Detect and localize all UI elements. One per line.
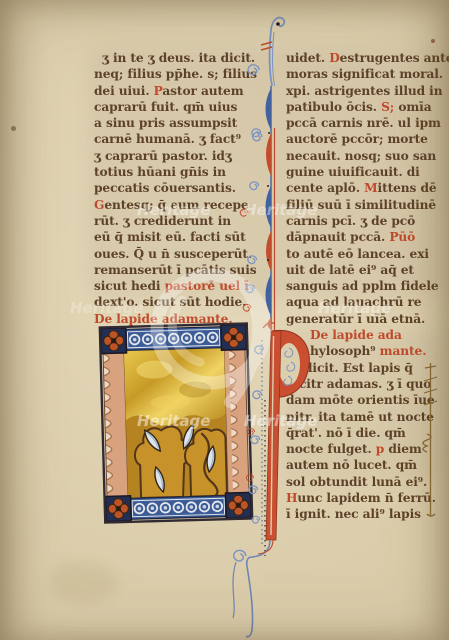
- text-line: De lapide ada: [286, 327, 442, 343]
- body-text: ʒ in te ʒ deus. ita dicit.: [102, 51, 255, 65]
- text-line: dext'o. sicut sūt hodie.: [94, 294, 242, 310]
- text-line: sol obtundit lunā ei⁹.: [286, 474, 442, 490]
- body-text: ī ignit. nec ali⁹ lapis: [286, 507, 421, 521]
- parchment-spot: [11, 126, 16, 131]
- rubric-text: p: [376, 442, 384, 456]
- miniature-art: [98, 322, 253, 524]
- text-line: totius hūani gn̄is in: [94, 164, 242, 180]
- body-text: entesq; q̄ eum recepe: [104, 198, 248, 212]
- body-text: sicut hedi: [94, 279, 165, 293]
- text-line: patibulo ōcis. S; omīa: [286, 99, 442, 115]
- body-text: filiū suū ī similitudinē: [286, 198, 436, 212]
- text-line: peccatis cōuersantis.: [94, 180, 242, 196]
- text-line: moras significat moral.: [286, 66, 442, 82]
- body-text: cente aplō.: [286, 181, 364, 195]
- penwork-bottom-flourish: [233, 540, 273, 637]
- body-text: dext'o. sicut sūt hodie.: [94, 295, 246, 309]
- body-text: ʒ caprarū pastor. idʒ: [94, 149, 232, 163]
- body-text: dam mōte orientis īue: [286, 393, 435, 407]
- text-line: aqua ad lauachrū re: [286, 294, 442, 310]
- text-line: sicut hedi pastorē uel ī: [94, 278, 242, 294]
- body-text: caprarū fuit. qm̄ uius: [94, 100, 237, 114]
- body-text: carnē humanā. ʒ fact⁹: [94, 132, 241, 146]
- rubric-text: mante.: [380, 344, 427, 358]
- body-text: nocte fulget.: [286, 442, 376, 456]
- body-text: rūt. ʒ crediderunt in: [94, 214, 231, 228]
- miniature-of-adamant-stone: [98, 322, 253, 524]
- text-line: hylosoph⁹ mante.: [286, 343, 442, 359]
- text-line: dicit. Est lapis q̄: [286, 360, 442, 376]
- corner-quatrefoil: [101, 328, 127, 354]
- body-text: unc lapidem n̄ ferrū.: [297, 491, 436, 505]
- text-line: autem nō lucet. qm̄: [286, 457, 442, 473]
- text-line: xpi. astrigentes illud in: [286, 83, 442, 99]
- rubric-text: De lapide ada: [310, 328, 402, 342]
- text-line: eū q̄ misit eū. facti sūt: [94, 229, 242, 245]
- miniature-left-border: [103, 350, 128, 499]
- text-line: q̄rat'. nō ī die. qm̄: [286, 425, 442, 441]
- miniature-top-border: [125, 327, 222, 351]
- body-text: pccā carnis nrē. ul ipm: [286, 116, 441, 130]
- body-text: ittens dē: [378, 181, 437, 195]
- text-line: sanguis ad pplm fidele: [286, 278, 442, 294]
- body-text: sol obtundit lunā ei⁹.: [286, 475, 427, 489]
- text-line: pccā carnis nrē. ul ipm: [286, 115, 442, 131]
- body-text: hylosoph⁹: [310, 344, 380, 358]
- miniature-bottom-border: [130, 496, 227, 520]
- text-line: cente aplō. Mittens dē: [286, 180, 442, 196]
- text-line: filiū suū ī similitudinē: [286, 197, 442, 213]
- body-text: to autē eō lancea. exi: [286, 247, 429, 261]
- body-text: eū q̄ misit eū. facti sūt: [94, 230, 246, 244]
- text-line: dāpnauit pccā. Pūō: [286, 229, 442, 245]
- body-text: dicitr adamas. ʒ ī quo: [286, 377, 431, 391]
- rubric-text: H: [286, 491, 297, 505]
- body-text: q̄rat'. nō ī die. qm̄: [286, 426, 406, 440]
- text-line: carnis pcī. ʒ de pcō: [286, 213, 442, 229]
- text-line: ʒ in te ʒ deus. ita dicit.: [94, 50, 242, 66]
- body-text: sanguis ad pplm fidele: [286, 279, 439, 293]
- text-line: uit de latē ei⁹ aq̄ et: [286, 262, 442, 278]
- parchment-stain: [48, 560, 118, 604]
- text-line: carnē humanā. ʒ fact⁹: [94, 131, 242, 147]
- manuscript-photo: ʒ in te ʒ deus. ita dicit.neq; filius pp…: [0, 0, 449, 640]
- text-line: oues. Q̄ u n̄ susceperūt.: [94, 246, 242, 262]
- body-text: uit de latē ei⁹ aq̄ et: [286, 263, 414, 277]
- text-line: rūt. ʒ crediderunt in: [94, 213, 242, 229]
- body-text: autem nō lucet. qm̄: [286, 458, 417, 472]
- body-text: astor autem: [162, 84, 243, 98]
- text-line: necauit. nosq; suo san: [286, 148, 442, 164]
- body-text: omīa: [394, 100, 431, 114]
- body-text: remanserūt ī pcātis suis: [94, 263, 257, 277]
- text-line: auctorē pccōr; morte: [286, 131, 442, 147]
- text-line: nitr. ita tamē ut nocte: [286, 409, 442, 425]
- body-text: aqua ad lauachrū re: [286, 295, 421, 309]
- body-text: moras significat moral.: [286, 67, 443, 81]
- text-line: caprarū fuit. qm̄ uius: [94, 99, 242, 115]
- text-line: ī ignit. nec ali⁹ lapis: [286, 506, 442, 522]
- text-line: dei uiui. Pastor autem: [94, 83, 242, 99]
- text-line: to autē eō lancea. exi: [286, 246, 442, 262]
- rubric-text: Pūō: [389, 230, 415, 244]
- body-text: dicit. Est lapis q̄: [304, 361, 413, 375]
- body-text: peccatis cōuersantis.: [94, 181, 236, 195]
- corner-quatrefoil: [106, 496, 132, 522]
- body-text: oues. Q̄ u n̄ susceperūt.: [94, 247, 252, 261]
- body-text: guine uiuificauit. di: [286, 165, 420, 179]
- text-line: guine uiuificauit. di: [286, 164, 442, 180]
- text-line: dam mōte orientis īue: [286, 392, 442, 408]
- body-text: nitr. ita tamē ut nocte: [286, 410, 434, 424]
- body-text: carnis pcī. ʒ de pcō: [286, 214, 415, 228]
- text-line: generatūr ī uīā etnā.: [286, 311, 442, 327]
- text-line: ʒ caprarū pastor. idʒ: [94, 148, 242, 164]
- text-line: uidet. Destrugentes ante: [286, 50, 442, 66]
- text-line: nocte fulget. p diem: [286, 441, 442, 457]
- corner-quatrefoil: [225, 492, 251, 518]
- miniature-right-border: [224, 347, 249, 496]
- text-line: a sinu pris assumpsit: [94, 115, 242, 131]
- body-text: generatūr ī uīā etnā.: [286, 312, 425, 326]
- text-line: Hunc lapidem n̄ ferrū.: [286, 490, 442, 506]
- body-text: neq; filius pp̄he. s; filius: [94, 67, 257, 81]
- body-text: xpi. astrigentes illud in: [286, 84, 442, 98]
- body-text: a sinu pris assumpsit: [94, 116, 237, 130]
- rubric-text: G: [94, 198, 104, 212]
- body-text: dei uiui.: [94, 84, 154, 98]
- text-line: neq; filius pp̄he. s; filius: [94, 66, 242, 82]
- rubric-text: pastorē uel ī: [165, 279, 249, 293]
- text-column-right: uidet. Destrugentes antemoras significat…: [286, 50, 442, 523]
- gold-leaf-ground: [124, 348, 226, 427]
- body-text: totius hūani gn̄is in: [94, 165, 226, 179]
- text-line: remanserūt ī pcātis suis: [94, 262, 242, 278]
- body-text: dāpnauit pccā.: [286, 230, 389, 244]
- rubric-text: S;: [381, 100, 394, 114]
- rubric-text: M: [364, 181, 377, 195]
- text-line: Gentesq; q̄ eum recepe: [94, 197, 242, 213]
- corner-quatrefoil: [221, 325, 247, 351]
- text-line: dicitr adamas. ʒ ī quo: [286, 376, 442, 392]
- body-text: auctorē pccōr; morte: [286, 132, 428, 146]
- body-text: uidet.: [286, 51, 329, 65]
- body-text: patibulo ōcis.: [286, 100, 381, 114]
- text-column-left: ʒ in te ʒ deus. ita dicit.neq; filius pp…: [94, 50, 242, 327]
- parchment-spot: [431, 39, 435, 43]
- body-text: estrugentes ante: [340, 51, 449, 65]
- rubric-text: D: [329, 51, 339, 65]
- body-text: diem: [384, 442, 422, 456]
- body-text: necauit. nosq; suo san: [286, 149, 436, 163]
